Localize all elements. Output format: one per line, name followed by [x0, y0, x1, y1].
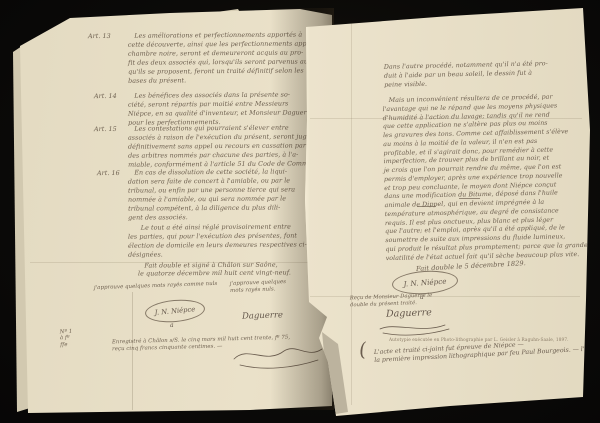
signature-flourish [377, 320, 455, 336]
article-label: Art. 14 [94, 92, 117, 101]
paragraph: Mais un inconvénient résultera de ce pro… [382, 93, 588, 263]
document-photo: Art. 13 Les améliorations et perfectionn… [0, 0, 600, 423]
daguerre-signature: Daguerre [386, 307, 432, 320]
registration-margin-marks: Nº 1 à fº ffe [60, 329, 73, 349]
paragraph: Dans l'autre procédé, notamment qu'il n'… [384, 60, 548, 90]
underline-mark-dippel [417, 206, 436, 207]
article-label: Art. 16 [97, 169, 120, 178]
annotation-parenthesis: ( [358, 339, 368, 362]
niepce-signature: J. N. Niépce [154, 305, 195, 317]
fold-crease [351, 20, 352, 405]
niepce-signature: J. N. Niépce [403, 277, 447, 289]
signature-paraph: a [170, 322, 174, 329]
underline-mark-bitume [459, 198, 480, 199]
article-label: Art. 15 [94, 125, 117, 134]
approval-note-left: j'approuve quelques mots rayés comme nul… [94, 281, 217, 292]
dateline: Fait double et signé à Châlon sur Saône,… [138, 260, 291, 277]
niepce-signature-oval: J. N. Niépce [144, 297, 206, 324]
article-label: Art. 13 [88, 32, 111, 41]
